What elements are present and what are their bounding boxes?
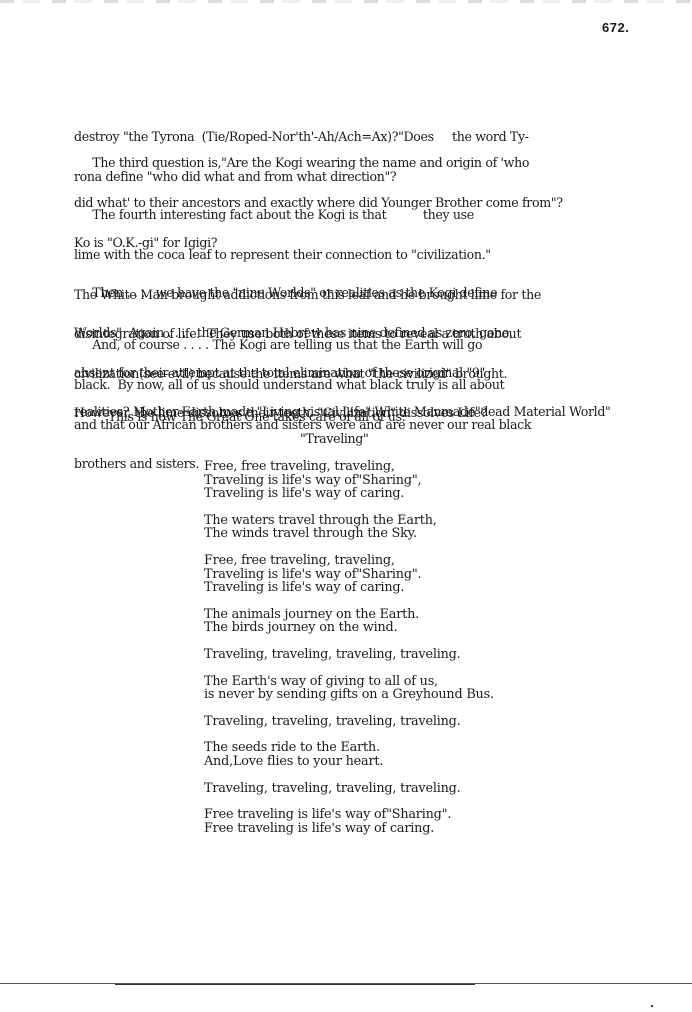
poem-stanza: The seeds ride to the Earth.And,Love fli…: [204, 741, 494, 768]
poem-title: "Traveling": [300, 432, 368, 445]
poem-line: The birds journey on the wind.: [204, 621, 494, 635]
text-line: The fourth interesting fact about the Ko…: [74, 208, 541, 221]
text-line: Then . . . . we have the "nine Worlds" o…: [74, 286, 610, 299]
poem-stanza: The animals journey on the Earth.The bir…: [204, 608, 494, 635]
poem-intro: This is how The Great One takes care of …: [108, 410, 405, 423]
poem-stanza: The Earth's way of giving to all of us,i…: [204, 675, 494, 702]
poem-line: Traveling, traveling, traveling, traveli…: [204, 648, 494, 662]
poem-line: Traveling is life's way of"Sharing".: [204, 568, 494, 582]
poem-line: And,Love flies to your heart.: [204, 755, 494, 769]
poem-line: The seeds ride to the Earth.: [204, 741, 494, 755]
poem-line: The Earth's way of giving to all of us,: [204, 675, 494, 689]
poem-line: Free traveling is life's way of"Sharing"…: [204, 808, 494, 822]
poem-line: Free, free traveling, traveling,: [204, 554, 494, 568]
poem-line: The animals journey on the Earth.: [204, 608, 494, 622]
poem-line: Free, free traveling, traveling,: [204, 460, 494, 474]
text-line: The third question is,"Are the Kogi wear…: [74, 156, 563, 169]
poem: Free, free traveling, traveling,Travelin…: [204, 460, 494, 848]
page-edge-shadow: [115, 984, 475, 985]
poem-stanza: Traveling, traveling, traveling, traveli…: [204, 715, 494, 729]
scan-speck: [651, 1005, 653, 1007]
poem-stanza: The waters travel through the Earth,The …: [204, 514, 494, 541]
poem-line: The waters travel through the Earth,: [204, 514, 494, 528]
poem-line: Free traveling is life's way of caring.: [204, 822, 494, 836]
poem-line: The winds travel through the Sky.: [204, 527, 494, 541]
poem-stanza: Traveling, traveling, traveling, traveli…: [204, 782, 494, 796]
poem-line: Traveling, traveling, traveling, traveli…: [204, 715, 494, 729]
text-line: black. By now, all of us should understa…: [74, 378, 531, 391]
page-number: 672.: [602, 20, 629, 35]
poem-stanza: Free, free traveling, traveling,Travelin…: [204, 554, 494, 595]
scan-artifact-top: [0, 0, 692, 3]
poem-line: Traveling, traveling, traveling, traveli…: [204, 782, 494, 796]
poem-stanza: Free traveling is life's way of"Sharing"…: [204, 808, 494, 835]
poem-line: Traveling is life's way of"Sharing",: [204, 474, 494, 488]
poem-line: Traveling is life's way of caring.: [204, 581, 494, 595]
text-line: And, of course . . . . The Kogi are tell…: [74, 338, 531, 351]
poem-line: is never by sending gifts on a Greyhound…: [204, 688, 494, 702]
poem-stanza: Free, free traveling, traveling,Travelin…: [204, 460, 494, 501]
poem-stanza: Traveling, traveling, traveling, traveli…: [204, 648, 494, 662]
poem-line: Traveling is life's way of caring.: [204, 487, 494, 501]
